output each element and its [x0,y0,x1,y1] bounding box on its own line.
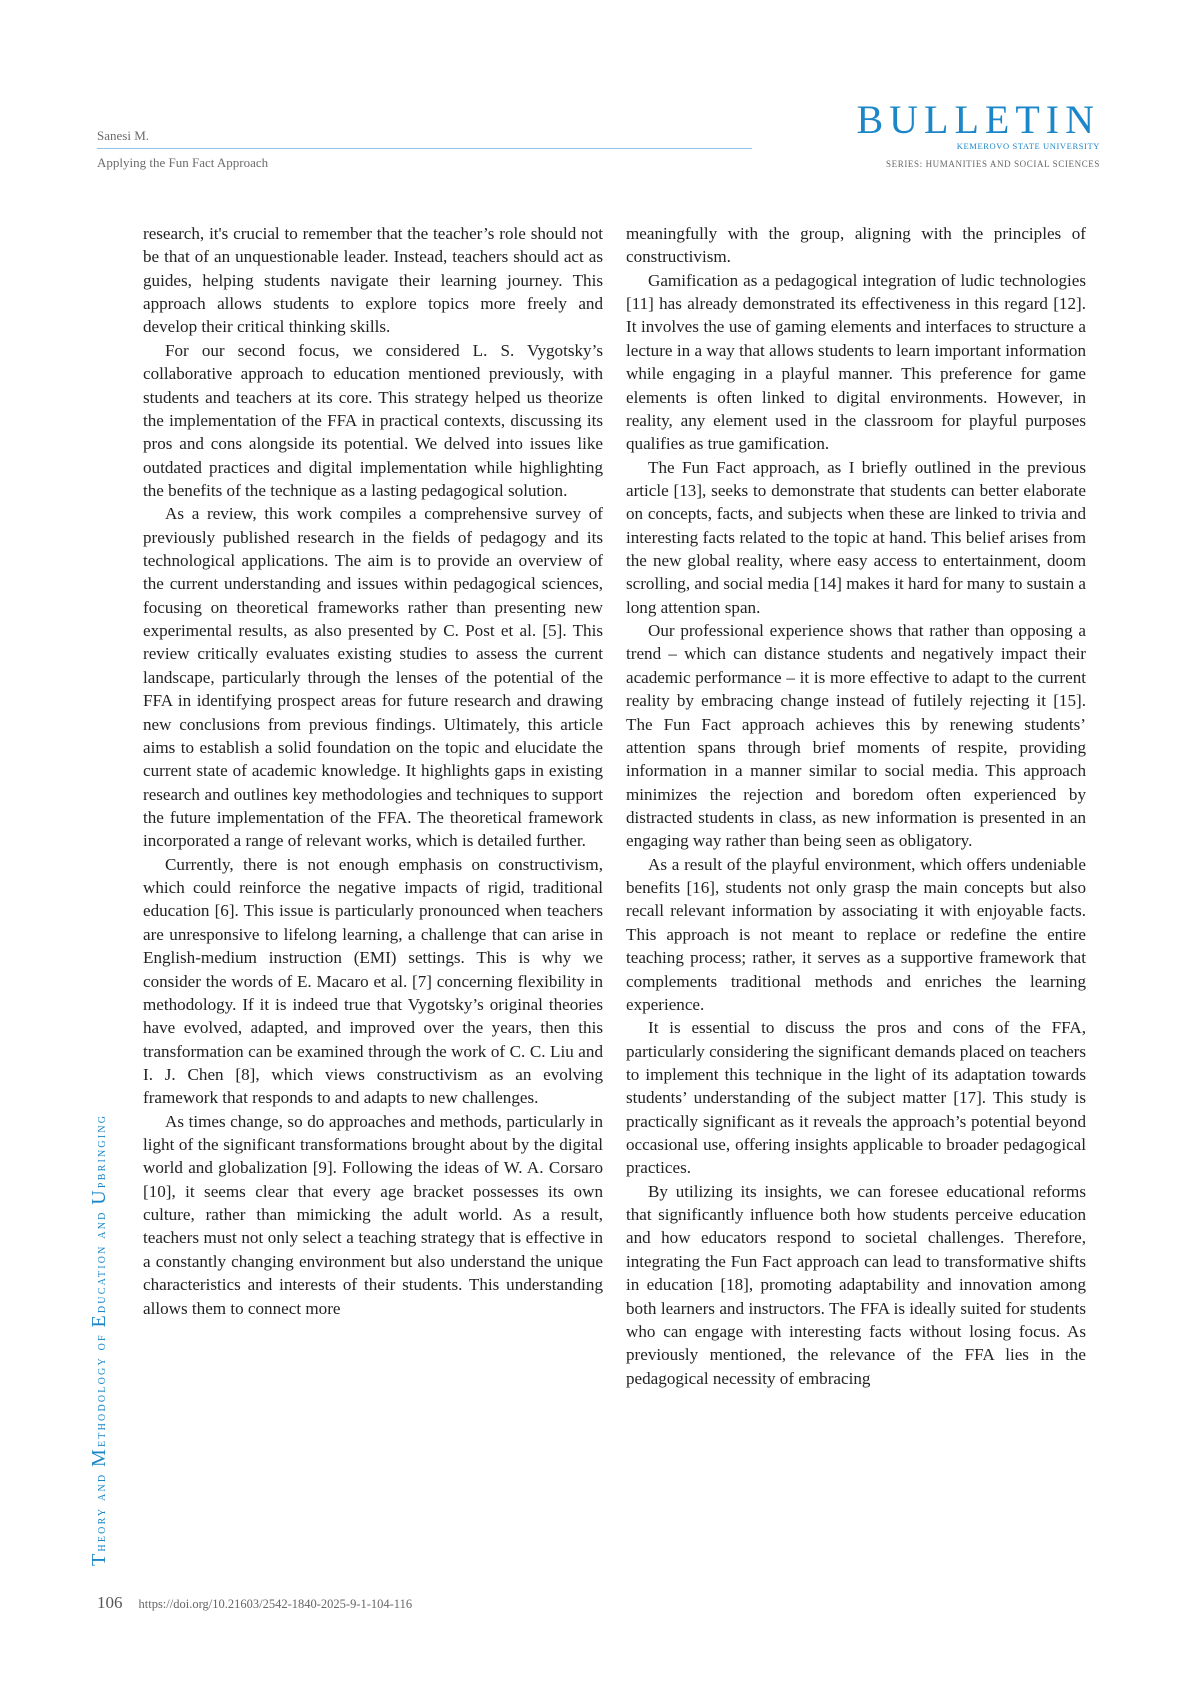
journal-university: KEMEROVO STATE UNIVERSITY [856,141,1100,151]
paragraph: By utilizing its insights, we can forese… [626,1180,1086,1390]
header-running-title: Applying the Fun Fact Approach [97,155,268,171]
header-rule [97,148,752,149]
page-footer: 106 https://doi.org/10.21603/2542-1840-2… [97,1593,412,1613]
paragraph: research, it's crucial to remember that … [143,222,603,339]
side-section-title: Theory and Methodology of Education and … [88,1114,111,1566]
body-column-left: research, it's crucial to remember that … [143,222,603,1320]
paragraph: Our professional experience shows that r… [626,619,1086,853]
journal-series: SERIES: HUMANITIES AND SOCIAL SCIENCES [856,159,1100,169]
doi-link[interactable]: https://doi.org/10.21603/2542-1840-2025-… [139,1597,413,1611]
paragraph: As a result of the playful environment, … [626,853,1086,1017]
body-column-right: meaningfully with the group, aligning wi… [626,222,1086,1390]
journal-brand: BULLETIN KEMEROVO STATE UNIVERSITY SERIE… [856,100,1100,169]
paragraph: Gamification as a pedagogical integratio… [626,269,1086,456]
journal-name: BULLETIN [856,100,1100,140]
paragraph: As times change, so do approaches and me… [143,1110,603,1320]
paragraph: It is essential to discuss the pros and … [626,1016,1086,1180]
page-number: 106 [97,1593,123,1612]
paragraph: The Fun Fact approach, as I briefly outl… [626,456,1086,620]
header-author: Sanesi M. [97,128,149,144]
paragraph: For our second focus, we considered L. S… [143,339,603,503]
paragraph: Currently, there is not enough emphasis … [143,853,603,1110]
paragraph: As a review, this work compiles a compre… [143,502,603,852]
paragraph: meaningfully with the group, aligning wi… [626,222,1086,269]
